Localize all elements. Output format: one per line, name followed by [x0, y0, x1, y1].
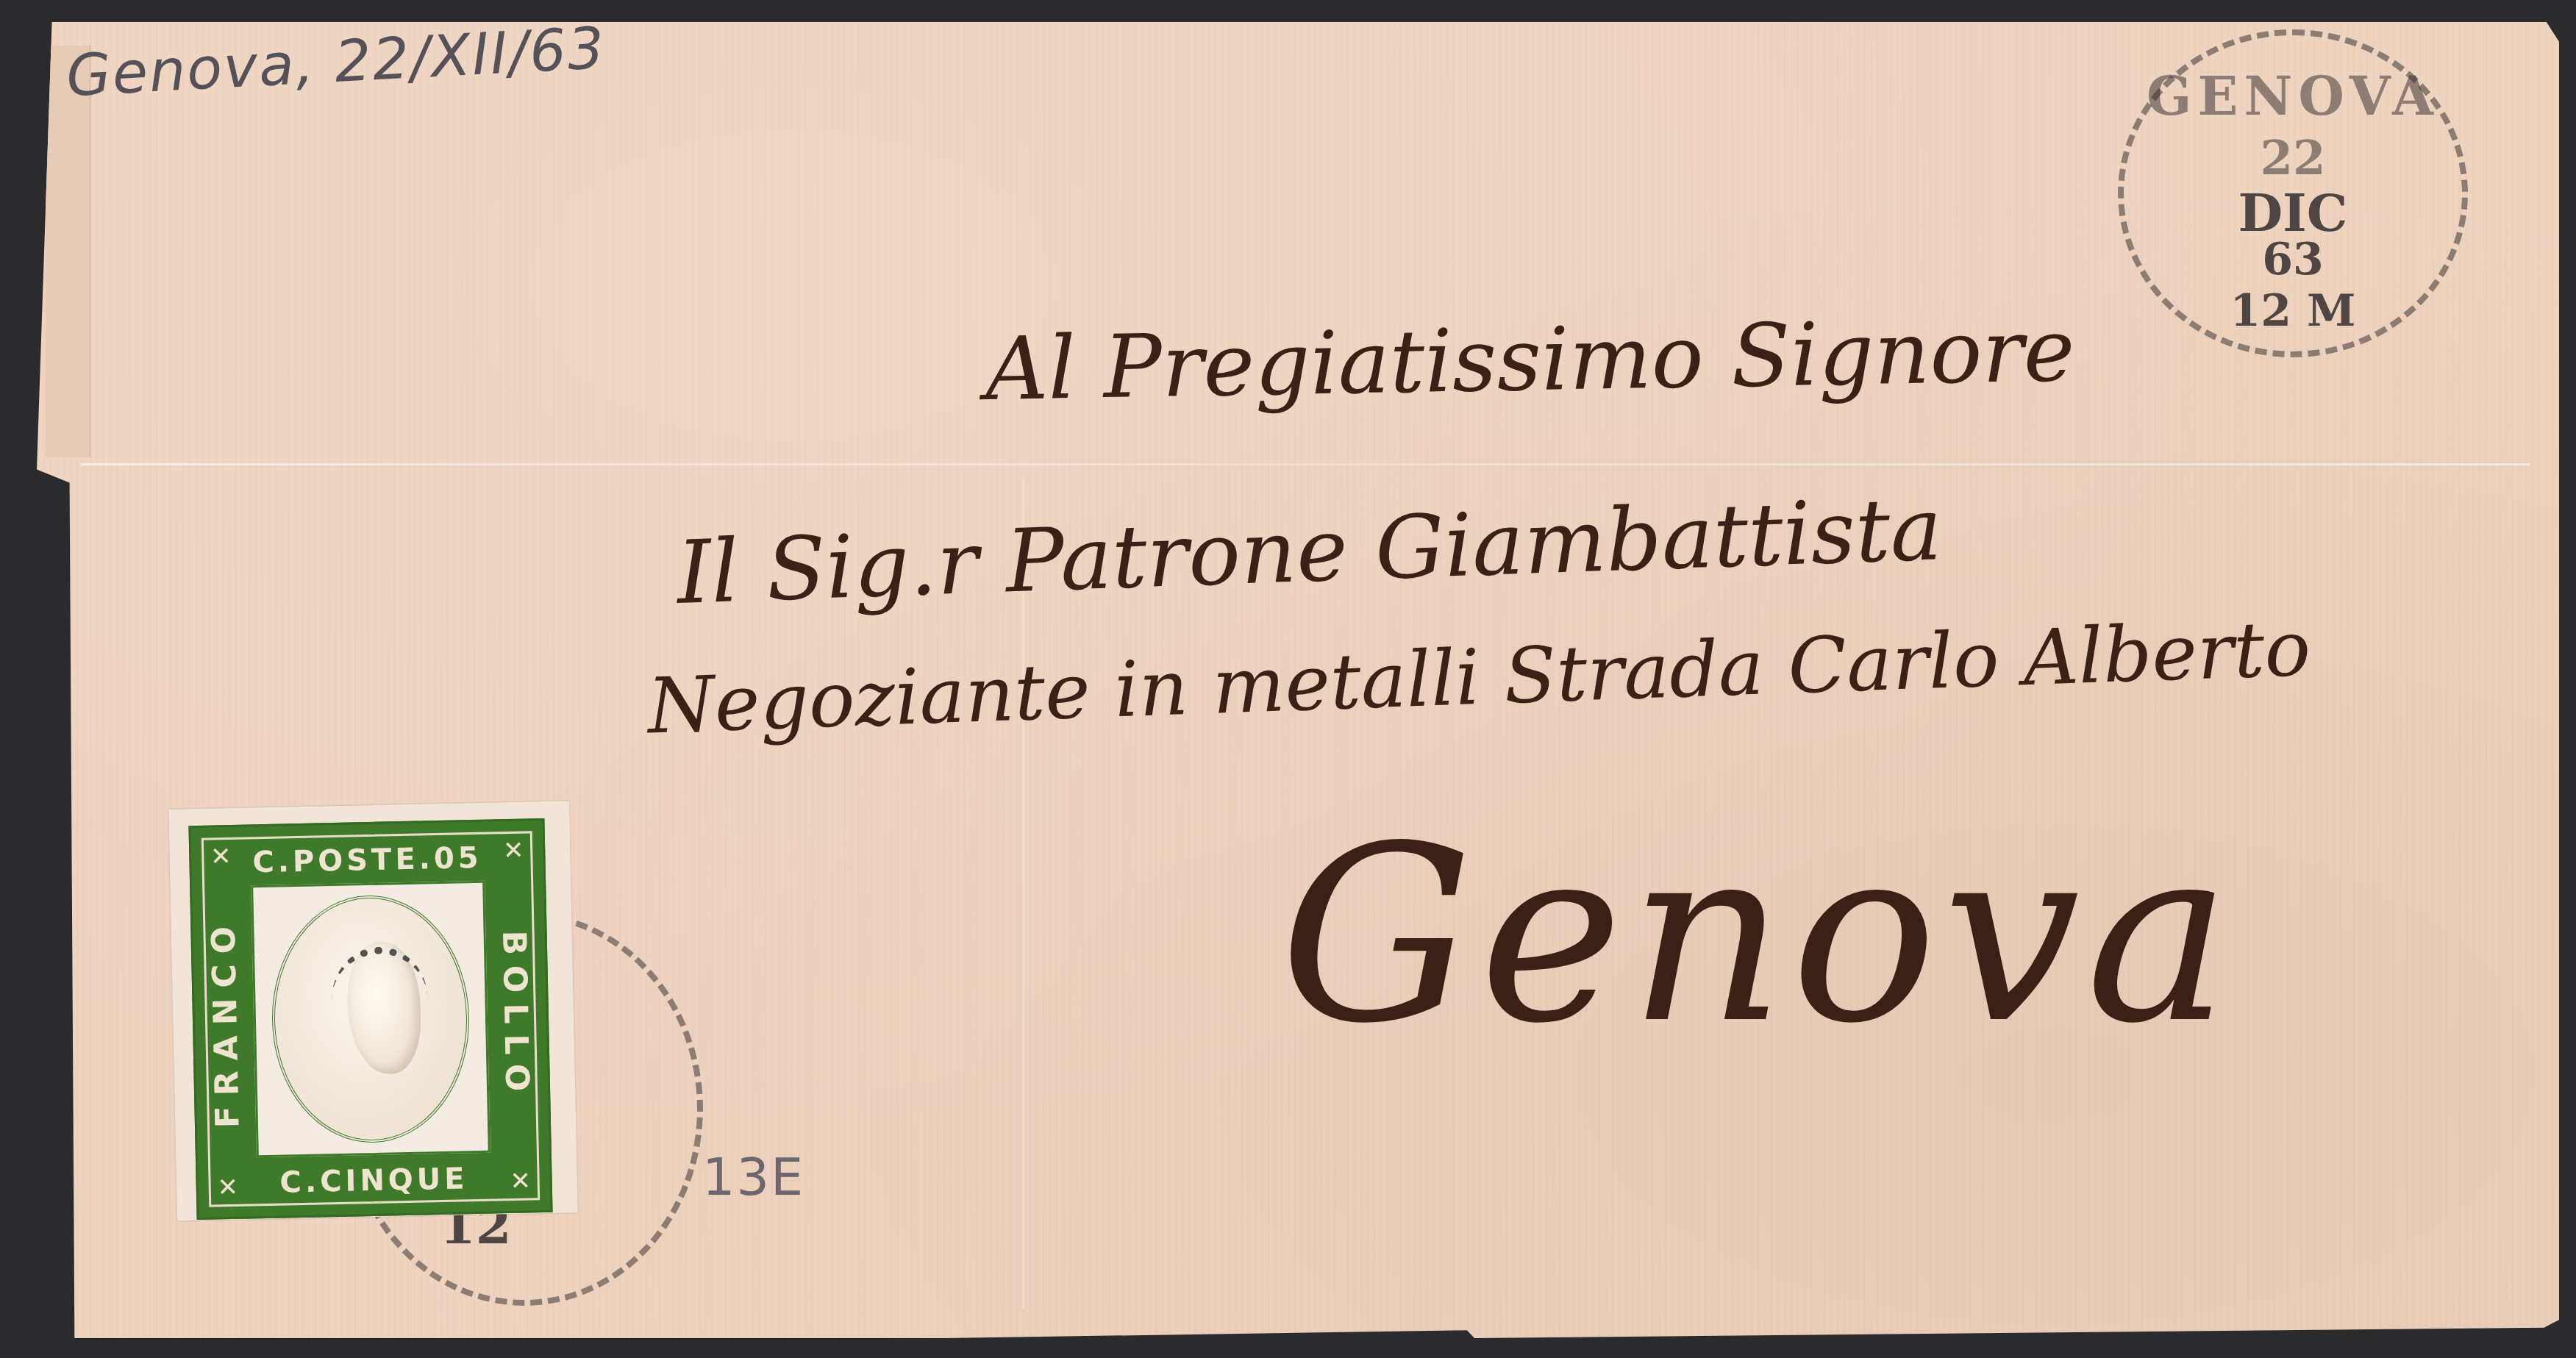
- stamp-cameo-frame: [251, 881, 490, 1158]
- pencil-catalog-number: 13E: [702, 1147, 804, 1207]
- corner-cross-icon: ✕: [499, 835, 529, 865]
- genova-date-postmark: GENOVA 22 DIC 63 12 M: [2118, 29, 2468, 357]
- cancel-ink-mark: [331, 946, 429, 1051]
- postage-stamp-5c-green: C.POSTE.05 C.CINQUE FRANCO BOLLO ✕ ✕ ✕ ✕: [188, 818, 552, 1220]
- postmark-year: 63: [2124, 234, 2462, 285]
- address-city: Genova: [1280, 794, 2236, 1076]
- horizontal-fold-line: [81, 463, 2530, 465]
- corner-cross-icon: ✕: [505, 1166, 535, 1196]
- stamp-right-legend: BOLLO: [495, 930, 536, 1102]
- corner-cross-icon: ✕: [206, 842, 236, 872]
- address-line-salutation: Al Pregiatissimo Signore: [985, 299, 2076, 420]
- embossed-cameo: [270, 893, 472, 1145]
- postmark-day: 22: [2124, 131, 2462, 186]
- stamp-left-legend: FRANCO: [205, 915, 247, 1129]
- postmark-city: GENOVA: [2124, 65, 2462, 127]
- postmark-hour: 12 M: [2124, 285, 2462, 337]
- corner-cross-icon: ✕: [213, 1173, 243, 1203]
